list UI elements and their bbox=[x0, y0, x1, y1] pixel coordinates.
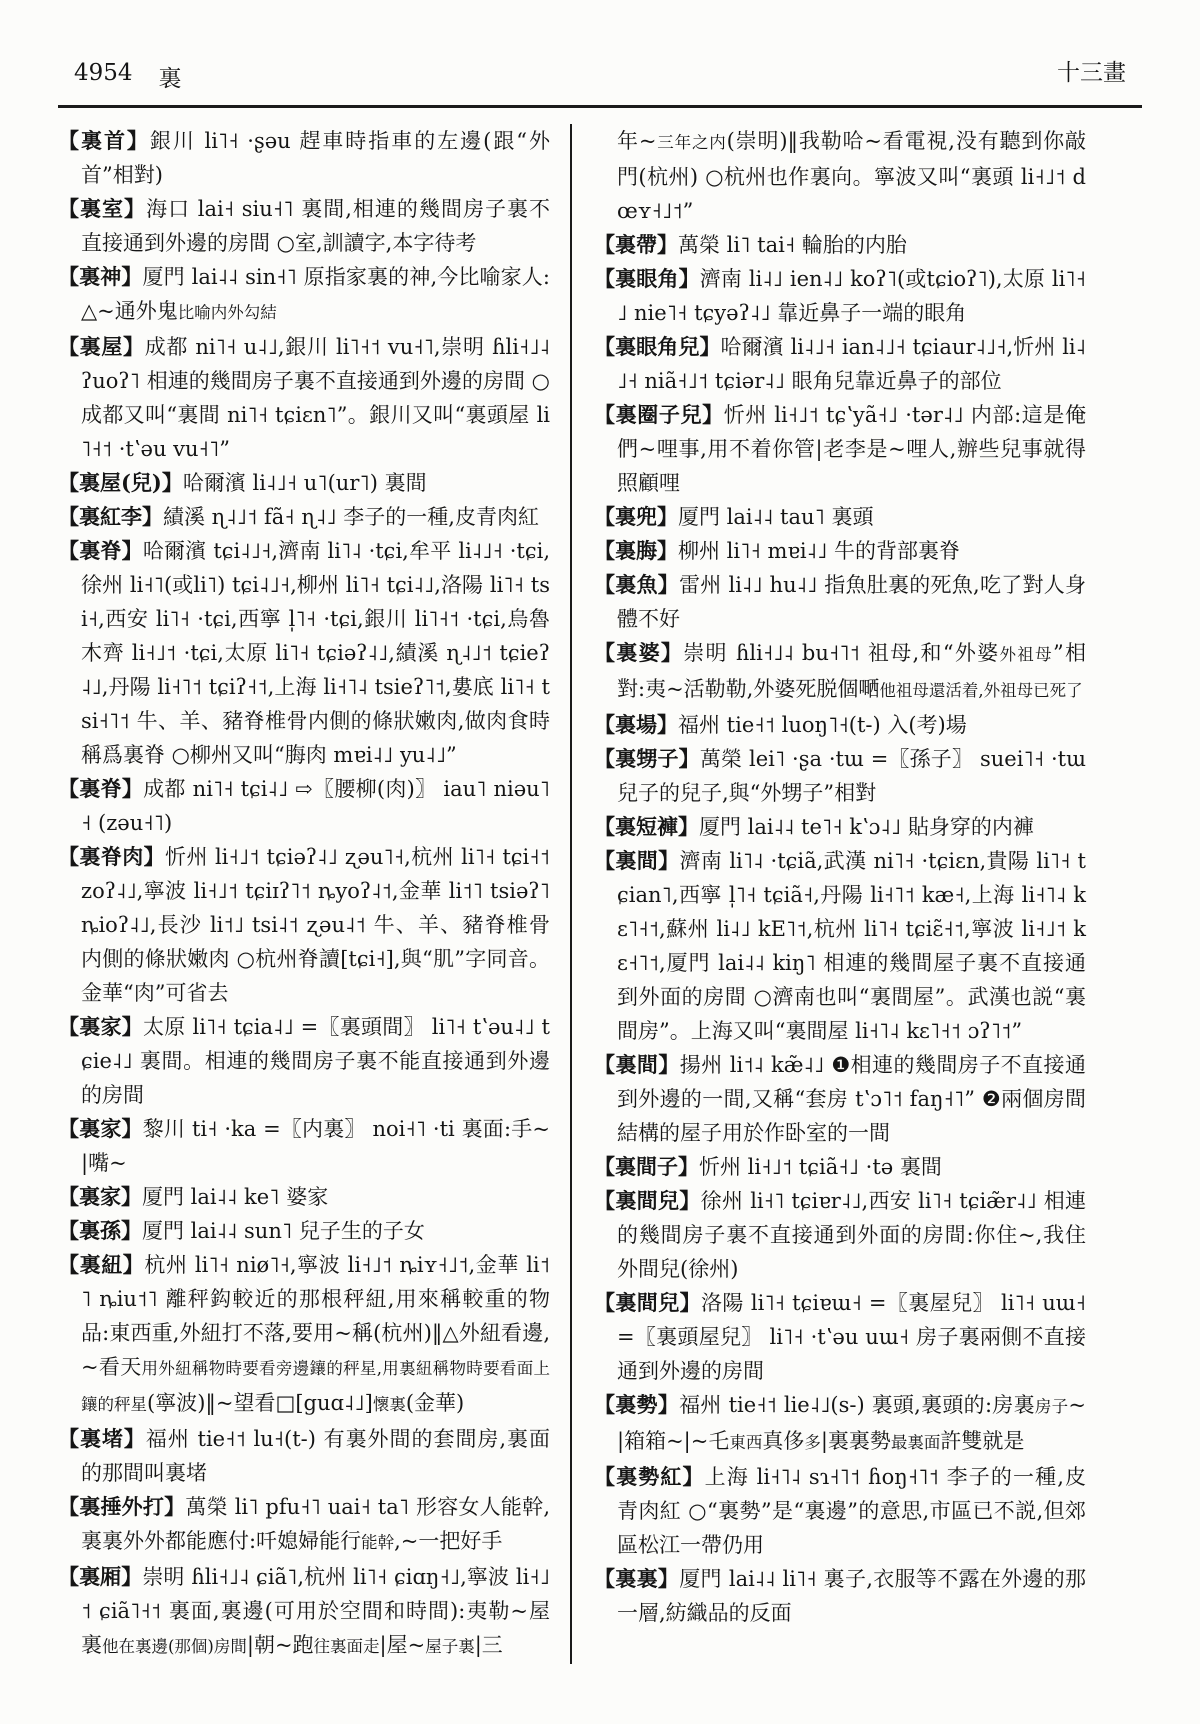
entry-text: 黎川 ti˧ ·ka =〖内裏〗 noi˧˥ ·ti 裏面:手~|嘴~ bbox=[81, 1117, 550, 1175]
entry-text: 雷州 li˨˩ hu˨˩ 指魚肚裏的死魚,吃了對人身體不好 bbox=[617, 573, 1086, 631]
dict-entry: 【裏紐】杭州 li˥˧ niø˥˧,寧波 li˧˩˦ ȵiʏ˧˩˦,金華 li˦… bbox=[58, 1248, 550, 1422]
dict-entry: 【裏間】揚州 li˦˨ kæ̃˨˩ ❶相連的幾間房子不直接通到外邊的一間,又稱“… bbox=[594, 1048, 1086, 1150]
entry-text: 濟南 li˥˨ ·tɕiã,武漢 ni˥˧ ·tɕiɛn,貴陽 li˥˧ tɕi… bbox=[617, 849, 1086, 1043]
entry-text: 忻州 li˧˩˦ tɕiəʔ˨˩ ʐəu˥˧,杭州 li˥˧ tɕi˧˦ zoʔ… bbox=[81, 845, 550, 1005]
headword: 【裏神】 bbox=[58, 264, 143, 289]
entry-text: |三 bbox=[475, 1633, 503, 1657]
entry-text: (金華) bbox=[406, 1391, 464, 1415]
headword: 【裏屋(兒)】 bbox=[58, 470, 183, 495]
headword: 【裏勢紅】 bbox=[594, 1464, 705, 1489]
gloss-note: 房子 bbox=[1035, 1397, 1069, 1416]
dict-entry: 【裏屋(兒)】哈爾濱 li˨˩˧ u˥(ur˥) 裏間 bbox=[58, 466, 550, 500]
entry-text: 海口 lai˧ siu˧˥ 裏間,相連的幾間房子裏不直接通到外邊的房間 ○室,訓… bbox=[81, 197, 550, 255]
entry-text: 萬榮 li˥ tai˧ 輪胎的内胎 bbox=[678, 233, 907, 257]
entry-text: |朝~跑 bbox=[247, 1633, 314, 1657]
gloss-note: 能幹 bbox=[361, 1533, 394, 1552]
entry-text: 忻州 li˧˩˦ tɕiã˧˩ ·tə 裏間 bbox=[699, 1155, 942, 1179]
gloss-note: 多 bbox=[804, 1433, 821, 1452]
headword: 【裏短褲】 bbox=[594, 814, 699, 839]
entry-text: 福州 tie˧˦ lu˧(t-) 有裏外間的套間房,裏面的那間叫裏堵 bbox=[81, 1427, 550, 1485]
dict-entry: 【裏間兒】洛陽 li˥˧ tɕiɐɯ˧ =〖裏屋兒〗 li˥˧ uɯ˧ =〖裏頭… bbox=[594, 1286, 1086, 1388]
dict-entry: 【裏室】海口 lai˧ siu˧˥ 裏間,相連的幾間房子裏不直接通到外邊的房間 … bbox=[58, 192, 550, 260]
entry-text: ,~一把好手 bbox=[394, 1529, 502, 1553]
entry-text: 柳州 li˥˧ mɐi˨˩ 牛的背部裏脊 bbox=[678, 539, 960, 563]
headword: 【裏家】 bbox=[58, 1184, 142, 1209]
gloss-note: 外祖母 bbox=[1000, 645, 1053, 664]
page-header: 4954 裏 十三畫 bbox=[58, 54, 1142, 108]
headword: 【裏魚】 bbox=[594, 572, 679, 597]
dict-entry: 【裏甥子】萬榮 lei˥ ·ʂa ·tɯ =〖孫子〗 suei˥˧ ·tɯ 兒子… bbox=[594, 742, 1086, 810]
dict-entry: 【裏帶】萬榮 li˥ tai˧ 輪胎的内胎 bbox=[594, 228, 1086, 262]
dict-entry: 【裏脊肉】忻州 li˧˩˦ tɕiəʔ˨˩ ʐəu˥˧,杭州 li˥˧ tɕi˧… bbox=[58, 840, 550, 1010]
headword: 【裏甥子】 bbox=[594, 746, 700, 771]
entry-text: 厦門 lai˨˨ ke˥ 婆家 bbox=[142, 1185, 328, 1209]
entry-text: 績溪 ɳ˨˩˦ fã˧ ɳ˨˩ 李子的一種,皮青肉紅 bbox=[163, 505, 539, 529]
headword: 【裏首】 bbox=[58, 128, 150, 153]
dict-entry: 【裏眼角兒】哈爾濱 li˨˩˧ ian˨˩˧ tɕiaur˨˩˧,忻州 li˨˩… bbox=[594, 330, 1086, 398]
entry-text: 年~ bbox=[617, 129, 656, 153]
dict-entry: 【裏魚】雷州 li˨˩ hu˨˩ 指魚肚裏的死魚,吃了對人身體不好 bbox=[594, 568, 1086, 636]
entry-text: 厦門 lai˨˨ sun˥ 兒子生的子女 bbox=[142, 1219, 425, 1243]
dict-entry: 【裏勢紅】上海 li˧˥˨ sɿ˧˥˦ ɦoŋ˧˥˦ 李子的一種,皮青肉紅 ○“… bbox=[594, 1460, 1086, 1562]
dict-entry: 【裏厢】崇明 ɦli˧˩˨ ɕiã˥,杭州 li˥˧ ɕiɑŋ˧˩,寧波 li˧… bbox=[58, 1560, 550, 1664]
entry-text: 厦門 lai˨˨ li˥˧ 裏子,衣服等不露在外邊的那一層,紡織品的反面 bbox=[617, 1567, 1086, 1625]
entry-text: 銀川 li˥˧ ·ʂəu 趕車時指車的左邊(跟“外首”相對) bbox=[81, 129, 550, 187]
stroke-section-label: 十三畫 bbox=[1057, 54, 1126, 87]
headword: 【裏裏】 bbox=[594, 1566, 679, 1591]
column-right: 年~三年之内(崇明)‖我勒哈~看電視,没有聽到你敲門(杭州) ○杭州也作裏向。寧… bbox=[594, 124, 1086, 1664]
dictionary-columns: 【裏首】銀川 li˥˧ ·ʂəu 趕車時指車的左邊(跟“外首”相對)【裏室】海口… bbox=[58, 124, 1142, 1664]
headword: 【裏兜】 bbox=[594, 504, 678, 529]
gloss-note: 屋子裏 bbox=[425, 1637, 475, 1656]
headword: 【裏孫】 bbox=[58, 1218, 142, 1243]
dict-entry: 【裏裏】厦門 lai˨˨ li˥˧ 裏子,衣服等不露在外邊的那一層,紡織品的反面 bbox=[594, 1562, 1086, 1630]
dict-entry: 【裏脢】柳州 li˥˧ mɐi˨˩ 牛的背部裏脊 bbox=[594, 534, 1086, 568]
headword: 【裏屋】 bbox=[58, 334, 145, 359]
headword: 【裏家】 bbox=[58, 1014, 143, 1039]
column-divider bbox=[570, 124, 572, 1664]
headword: 【裏勢】 bbox=[594, 1392, 679, 1417]
entry-text: 真侈 bbox=[762, 1429, 804, 1453]
dict-entry: 【裏間兒】徐州 li˧˥ tɕiɐr˨˩,西安 li˥˧ tɕiæ̃r˨˩ 相連… bbox=[594, 1184, 1086, 1286]
dict-entry: 【裏勢】福州 tie˧˦ lie˨˩(s-) 裏頭,裏頭的:房裏房子~|箱箱~|… bbox=[594, 1388, 1086, 1460]
headword: 【裏脊】 bbox=[58, 538, 143, 563]
gloss-note: 比喻内外勾結 bbox=[178, 303, 277, 322]
headword: 【裏婆】 bbox=[594, 640, 683, 665]
dict-entry: 【裏家】太原 li˥˧ tɕia˨˩ =〖裏頭間〗 li˥˧ tʽəu˨˩ tɕ… bbox=[58, 1010, 550, 1112]
headword: 【裏紅李】 bbox=[58, 504, 163, 529]
headword: 【裏眼角兒】 bbox=[594, 334, 721, 359]
headword: 【裏厢】 bbox=[58, 1564, 142, 1589]
headword: 【裏眼角】 bbox=[594, 266, 700, 291]
headword: 【裏室】 bbox=[58, 196, 146, 221]
headword: 【裏家】 bbox=[58, 1116, 143, 1141]
gloss-note: 三年之内 bbox=[656, 133, 726, 152]
page-number: 4954 bbox=[74, 60, 133, 93]
dict-entry: 【裏兜】厦門 lai˨˨ tau˥ 裏頭 bbox=[594, 500, 1086, 534]
gloss-note: 他在裏邊(那個)房間 bbox=[102, 1637, 247, 1656]
dict-entry: 【裏首】銀川 li˥˧ ·ʂəu 趕車時指車的左邊(跟“外首”相對) bbox=[58, 124, 550, 192]
gloss-note: 往裏面走 bbox=[314, 1637, 380, 1656]
dict-entry: 【裏間子】忻州 li˧˩˦ tɕiã˧˩ ·tə 裏間 bbox=[594, 1150, 1086, 1184]
headword: 【裏圈子兒】 bbox=[594, 402, 724, 427]
dict-entry: 【裏神】厦門 lai˨˨ sin˧˥ 原指家裏的神,今比喻家人:△~通外鬼比喻内… bbox=[58, 260, 550, 330]
dict-entry: 【裏脊】哈爾濱 tɕi˨˩˧,濟南 li˥˨ ·tɕi,牟平 li˨˩˧ ·tɕ… bbox=[58, 534, 550, 772]
entry-text: 福州 tie˧˦ lie˨˩(s-) 裏頭,裏頭的:房裏 bbox=[679, 1393, 1035, 1417]
column-left: 【裏首】銀川 li˥˧ ·ʂəu 趕車時指車的左邊(跟“外首”相對)【裏室】海口… bbox=[58, 124, 550, 1664]
headword: 【裏間兒】 bbox=[594, 1188, 701, 1213]
entry-text: 哈爾濱 li˨˩˧ u˥(ur˥) 裏間 bbox=[183, 471, 427, 495]
dict-entry: 【裏家】黎川 ti˧ ·ka =〖内裏〗 noi˧˥ ·ti 裏面:手~|嘴~ bbox=[58, 1112, 550, 1180]
dict-entry: 【裏婆】崇明 ɦli˧˩˨ bu˧˥˦ 祖母,和“外婆外祖母”相對:夷~活勒勒,… bbox=[594, 636, 1086, 708]
dict-entry: 【裏間】濟南 li˥˨ ·tɕiã,武漢 ni˥˧ ·tɕiɛn,貴陽 li˥˧… bbox=[594, 844, 1086, 1048]
dict-entry: 【裏捶外打】萬榮 li˥ pfu˧˥ uai˧ ta˥ 形容女人能幹,裏裏外外都… bbox=[58, 1490, 550, 1560]
entry-text: |裏裏勢 bbox=[821, 1429, 891, 1453]
dict-entry: 【裏圈子兒】忻州 li˧˩˦ tɕʽyã˧˩ ·tər˨˩ 内部:這是俺們~哩事… bbox=[594, 398, 1086, 500]
headword: 【裏脊】 bbox=[58, 776, 143, 801]
dict-entry: 【裏屋】成都 ni˥˧ u˨˩,銀川 li˥˧˦ vu˧˥,崇明 ɦli˧˩˨ … bbox=[58, 330, 550, 466]
entry-text: 崇明 ɦli˧˩˨ bu˧˥˦ 祖母,和“外婆 bbox=[683, 641, 999, 665]
entry-text: 厦門 lai˨˨ sin˧˥ 原指家裏的神,今比喻家人:△~通外鬼 bbox=[81, 265, 550, 323]
dict-entry: 【裏場】福州 tie˧˦ luoŋ˥˧(t-) 入(考)場 bbox=[594, 708, 1086, 742]
gloss-note: 懷裏 bbox=[373, 1395, 406, 1414]
gloss-note: 東西 bbox=[729, 1433, 762, 1452]
headword: 【裏場】 bbox=[594, 712, 678, 737]
entry-text: 哈爾濱 tɕi˨˩˧,濟南 li˥˨ ·tɕi,牟平 li˨˩˧ ·tɕi,徐州… bbox=[81, 539, 550, 767]
headword: 【裏間】 bbox=[594, 1052, 680, 1077]
headword: 【裏脊肉】 bbox=[58, 844, 165, 869]
entry-text: 成都 ni˥˧ tɕi˨˩ ⇨〖腰柳(肉)〗 iau˥ niəu˥˧ (zəu˧… bbox=[81, 777, 550, 835]
gloss-note: 他祖母還活着,外祖母已死了 bbox=[879, 681, 1082, 700]
headword: 【裏間子】 bbox=[594, 1154, 699, 1179]
entry-text: 揚州 li˦˨ kæ̃˨˩ ❶相連的幾間房子不直接通到外邊的一間,又稱“套房 t… bbox=[617, 1053, 1086, 1145]
dict-entry: 【裏家】厦門 lai˨˨ ke˥ 婆家 bbox=[58, 1180, 550, 1214]
entry-text: 成都 ni˥˧ u˨˩,銀川 li˥˧˦ vu˧˥,崇明 ɦli˧˩˨ ʔuoʔ… bbox=[81, 335, 550, 461]
headword: 【裏堵】 bbox=[58, 1426, 146, 1451]
entry-text: 福州 tie˧˦ luoŋ˥˧(t-) 入(考)場 bbox=[678, 713, 967, 737]
gloss-note: 最裏面 bbox=[891, 1433, 941, 1452]
guide-character: 裏 bbox=[159, 60, 182, 93]
dict-entry: 【裏紅李】績溪 ɳ˨˩˦ fã˧ ɳ˨˩ 李子的一種,皮青肉紅 bbox=[58, 500, 550, 534]
dict-entry: 【裏堵】福州 tie˧˦ lu˧(t-) 有裏外間的套間房,裏面的那間叫裏堵 bbox=[58, 1422, 550, 1490]
entry-text: 太原 li˥˧ tɕia˨˩ =〖裏頭間〗 li˥˧ tʽəu˨˩ tɕie˨˩… bbox=[81, 1015, 550, 1107]
headword: 【裏紐】 bbox=[58, 1252, 144, 1277]
headword: 【裏間】 bbox=[594, 848, 680, 873]
entry-text: |屋~ bbox=[380, 1633, 426, 1657]
headword: 【裏捶外打】 bbox=[58, 1494, 185, 1519]
dict-entry-continuation: 年~三年之内(崇明)‖我勒哈~看電視,没有聽到你敲門(杭州) ○杭州也作裏向。寧… bbox=[594, 124, 1086, 228]
dict-entry: 【裏脊】成都 ni˥˧ tɕi˨˩ ⇨〖腰柳(肉)〗 iau˥ niəu˥˧ (… bbox=[58, 772, 550, 840]
entry-text: 許雙就是 bbox=[940, 1429, 1024, 1453]
dict-entry: 【裏眼角】濟南 li˨˩ ien˨˩ koʔ˥(或tɕioʔ˥),太原 li˥˧… bbox=[594, 262, 1086, 330]
dict-entry: 【裏孫】厦門 lai˨˨ sun˥ 兒子生的子女 bbox=[58, 1214, 550, 1248]
headword: 【裏脢】 bbox=[594, 538, 678, 563]
page-header-left: 4954 裏 bbox=[74, 60, 182, 93]
dictionary-page: 4954 裏 十三畫 【裏首】銀川 li˥˧ ·ʂəu 趕車時指車的左邊(跟“外… bbox=[0, 0, 1200, 1724]
entry-text: (寧波)‖~望看□[guɑ˨˩] bbox=[147, 1391, 373, 1415]
headword: 【裏帶】 bbox=[594, 232, 678, 257]
headword: 【裏間兒】 bbox=[594, 1290, 701, 1315]
dict-entry: 【裏短褲】厦門 lai˨˨ te˥˧ kʽɔ˨˩ 貼身穿的内褲 bbox=[594, 810, 1086, 844]
entry-text: 厦門 lai˨˨ tau˥ 裏頭 bbox=[678, 505, 874, 529]
entry-text: 厦門 lai˨˨ te˥˧ kʽɔ˨˩ 貼身穿的内褲 bbox=[699, 815, 1034, 839]
